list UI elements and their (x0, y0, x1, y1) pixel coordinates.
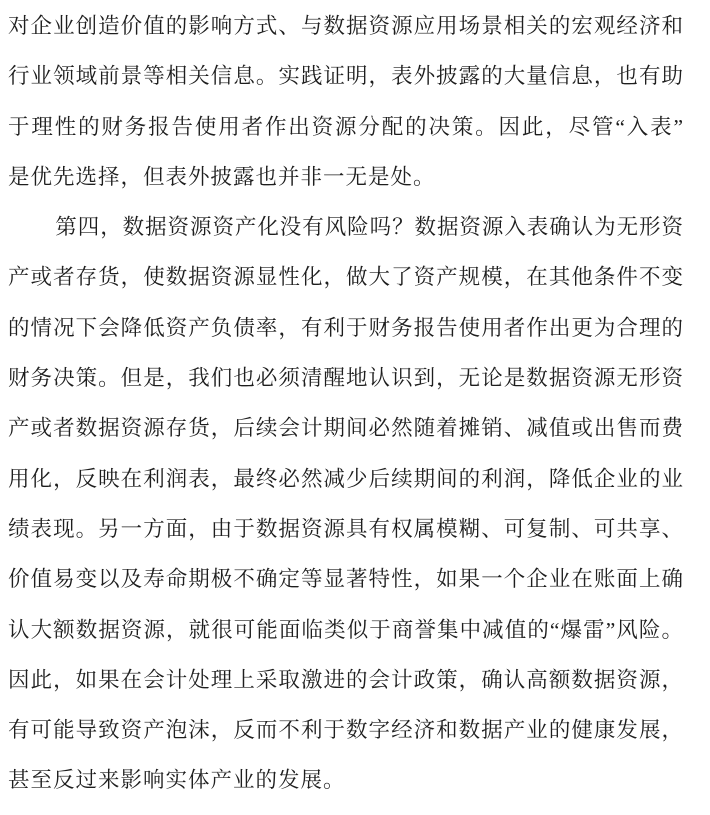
text-line-13: 认大额数据资源，就很可能面临类似于商誉集中减值的“爆雷”风险。 (8, 605, 683, 655)
text-line-6: 产或者存货，使数据资源显性化，做大了资产规模，在其他条件不变 (8, 252, 683, 302)
text-line-15: 有可能导致资产泡沫，反而不利于数字经济和数据产业的健康发展， (8, 705, 683, 755)
text-line-7: 的情况下会降低资产负债率，有利于财务报告使用者作出更为合理的 (8, 303, 683, 353)
text-line-1: 对企业创造价值的影响方式、与数据资源应用场景相关的宏观经济和 (8, 1, 683, 51)
text-line-4: 是优先选择，但表外披露也并非一无是处。 (8, 152, 683, 202)
text-line-14: 因此，如果在会计处理上采取激进的会计政策，确认高额数据资源， (8, 655, 683, 705)
text-line-8: 财务决策。但是，我们也必须清醒地认识到，无论是数据资源无形资 (8, 353, 683, 403)
text-line-9: 产或者数据资源存货，后续会计期间必然随着摊销、减值或出售而费 (8, 403, 683, 453)
text-line-12: 价值易变以及寿命期极不确定等显著特性，如果一个企业在账面上确 (8, 554, 683, 604)
text-line-5: 第四，数据资源资产化没有风险吗？数据资源入表确认为无形资 (8, 202, 683, 252)
text-line-3: 于理性的财务报告使用者作出资源分配的决策。因此，尽管“入表” (8, 102, 683, 152)
text-line-2: 行业领域前景等相关信息。实践证明，表外披露的大量信息，也有助 (8, 51, 683, 101)
text-line-10: 用化，反映在利润表，最终必然减少后续期间的利润，降低企业的业 (8, 454, 683, 504)
document-page: 对企业创造价值的影响方式、与数据资源应用场景相关的宏观经济和 行业领域前景等相关… (0, 0, 710, 815)
text-line-11: 绩表现。另一方面，由于数据资源具有权属模糊、可复制、可共享、 (8, 504, 683, 554)
text-line-16: 甚至反过来影响实体产业的发展。 (8, 755, 683, 805)
